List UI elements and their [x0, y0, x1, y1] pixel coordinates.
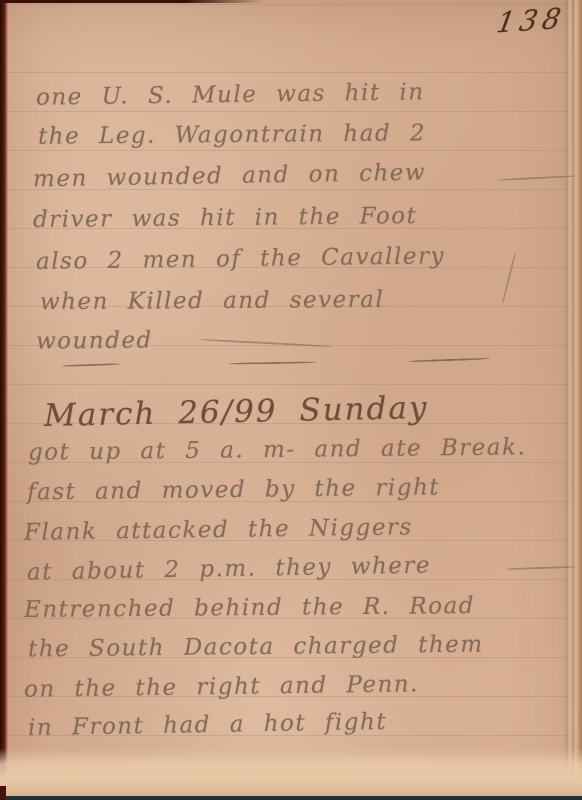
- cover-strip-bottom: [0, 796, 582, 800]
- handwritten-line: also 2 men of the Cavallery: [36, 243, 445, 275]
- entry-date-heading: March 26/99 Sunday: [44, 390, 429, 434]
- handwritten-line: fast and moved by the right: [27, 474, 440, 505]
- page-number: 138: [494, 1, 568, 39]
- handwritten-line: Flank attacked the Niggers: [24, 514, 413, 545]
- pen-flourish: [198, 338, 333, 347]
- handwritten-line: Entrenched behind the R. Road: [24, 593, 475, 623]
- handwritten-line: the Leg. Wagontrain had 2: [38, 120, 426, 149]
- page-edge-bottom: [0, 748, 582, 800]
- handwritten-line: wounded: [36, 327, 153, 354]
- handwritten-line: got up at 5 a. m- and ate Break.: [28, 434, 527, 465]
- binding-edge-top: [0, 0, 265, 3]
- separator-dash: [62, 363, 120, 367]
- handwritten-line: on the the right and Penn.: [24, 671, 419, 703]
- handwritten-line: the South Dacota charged them: [28, 632, 484, 663]
- binding-edge-left: [0, 0, 8, 800]
- separator-dash: [408, 358, 490, 363]
- page-edge-right: [564, 0, 582, 800]
- handwritten-line: in Front had a hot fight: [28, 709, 387, 741]
- pen-flourish: [502, 253, 517, 304]
- handwritten-line: at about 2 p.m. they where: [27, 552, 431, 585]
- handwritten-line: men wounded and on chew: [33, 160, 427, 193]
- handwritten-line: when Killed and several: [40, 287, 384, 315]
- handwritten-line: driver was hit in the Foot: [33, 203, 418, 233]
- handwritten-line: one U. S. Mule was hit in: [36, 79, 425, 110]
- binding-corner-bottom-left: [0, 786, 6, 800]
- diary-page: 138 one U. S. Mule was hit in the Leg. W…: [0, 0, 582, 800]
- separator-dash: [228, 361, 316, 365]
